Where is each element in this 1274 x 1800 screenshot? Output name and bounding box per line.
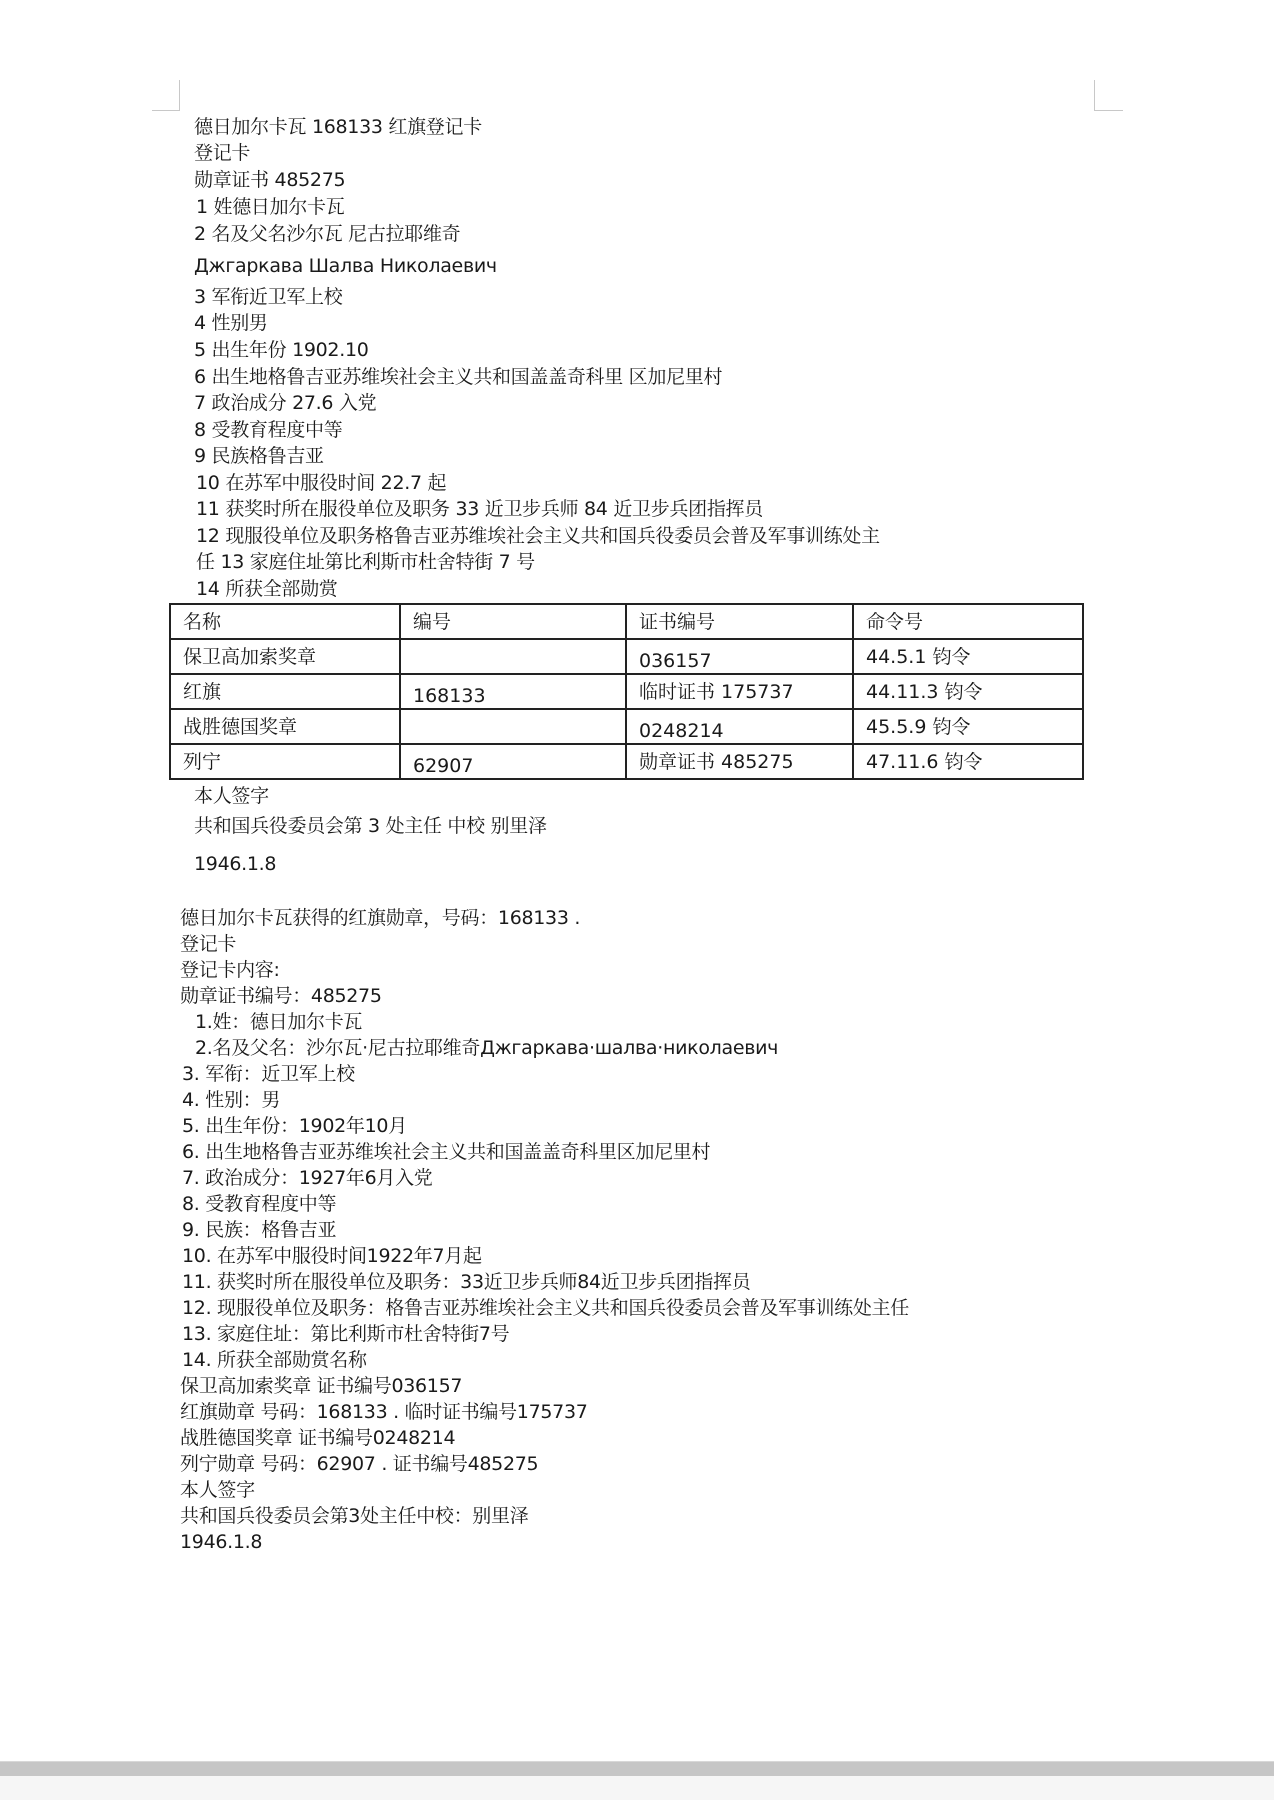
- table-cell: 勋章证书 485275: [626, 744, 853, 779]
- table-header-cell: 命令号: [853, 604, 1083, 639]
- transcript-line: 12. 现服役单位及职务：格鲁吉亚苏维埃社会主义共和国兵役委员会普及军事训练处主…: [182, 1296, 909, 1320]
- table-cell: 47.11.6 钧令: [853, 744, 1083, 779]
- page-corner-mark-top-left: [152, 80, 180, 111]
- card-field: 6 出生地格鲁吉亚苏维埃社会主义共和国盖盖奇科里 区加尼里村: [194, 365, 722, 389]
- table-cell: 44.11.3 钧令: [853, 674, 1083, 709]
- card-field: 8 受教育程度中等: [194, 418, 342, 442]
- transcript-line: 7. 政治成分：1927年6月入党: [182, 1166, 433, 1190]
- table-cell: [400, 709, 626, 744]
- card-title: 德日加尔卡瓦 168133 红旗登记卡: [194, 115, 482, 139]
- table-header-cell: 证书编号: [626, 604, 853, 639]
- transcript-line: 德日加尔卡瓦获得的红旗勋章，号码：168133 .: [180, 906, 580, 930]
- card-field: 14 所获全部勋赏: [196, 577, 338, 601]
- transcript-line: 11. 获奖时所在服役单位及职务：33近卫步兵师84近卫步兵团指挥员: [182, 1270, 750, 1294]
- card-field-russian-name: Джгаркава Шалва Николаевич: [194, 254, 497, 278]
- card-field: 9 民族格鲁吉亚: [194, 444, 324, 468]
- transcript-line: 3. 军衔：近卫军上校: [182, 1062, 355, 1086]
- transcript-line: 4. 性别：男: [182, 1088, 280, 1112]
- card-field: 10 在苏军中服役时间 22.7 起: [196, 471, 446, 495]
- table-cell: 列宁: [170, 744, 400, 779]
- transcript-line: 14. 所获全部勋赏名称: [182, 1348, 367, 1372]
- awards-table: 名称 编号 证书编号 命令号 保卫高加索奖章 036157 44.5.1 钧令 …: [169, 603, 1084, 780]
- table-row: 列宁 62907 勋章证书 485275 47.11.6 钧令: [170, 744, 1083, 779]
- table-cell: 62907: [400, 744, 626, 779]
- page-corner-mark-top-right: [1094, 80, 1123, 111]
- transcript-line: 勋章证书编号：485275: [180, 984, 382, 1008]
- table-cell: [400, 639, 626, 674]
- transcript-line: 登记卡: [180, 932, 236, 956]
- transcript-line: 1.姓：德日加尔卡瓦: [195, 1010, 362, 1034]
- transcript-line: 2.名及父名：沙尔瓦·尼古拉耶维奇Джгаркава·шалва·николае…: [195, 1036, 778, 1060]
- table-cell: 0248214: [626, 709, 853, 744]
- card-field: 2 名及父名沙尔瓦 尼古拉耶维奇: [194, 222, 460, 246]
- transcript-line: 6. 出生地格鲁吉亚苏维埃社会主义共和国盖盖奇科里区加尼里村: [182, 1140, 710, 1164]
- transcript-line: 列宁勋章 号码：62907 . 证书编号485275: [180, 1452, 538, 1476]
- card-certificate: 勋章证书 485275: [194, 168, 345, 192]
- table-header-cell: 名称: [170, 604, 400, 639]
- transcript-line: 10. 在苏军中服役时间1922年7月起: [182, 1244, 482, 1268]
- transcript-line: 5. 出生年份：1902年10月: [182, 1114, 407, 1138]
- table-header-row: 名称 编号 证书编号 命令号: [170, 604, 1083, 639]
- transcript-line: 登记卡内容:: [180, 958, 280, 982]
- table-row: 红旗 168133 临时证书 175737 44.11.3 钧令: [170, 674, 1083, 709]
- card-field: 12 现服役单位及职务格鲁吉亚苏维埃社会主义共和国兵役委员会普及军事训练处主: [196, 524, 880, 548]
- card-date: 1946.1.8: [194, 852, 276, 876]
- transcript-line: 共和国兵役委员会第3处主任中校：别里泽: [180, 1504, 528, 1528]
- table-row: 战胜德国奖章 0248214 45.5.9 钧令: [170, 709, 1083, 744]
- transcript-line: 8. 受教育程度中等: [182, 1192, 336, 1216]
- card-field: 11 获奖时所在服役单位及职务 33 近卫步兵师 84 近卫步兵团指挥员: [196, 497, 763, 521]
- card-field: 4 性别男: [194, 311, 268, 335]
- table-cell: 红旗: [170, 674, 400, 709]
- table-cell: 45.5.9 钧令: [853, 709, 1083, 744]
- table-row: 保卫高加索奖章 036157 44.5.1 钧令: [170, 639, 1083, 674]
- transcript-line: 13. 家庭住址：第比利斯市杜舍特街7号: [182, 1322, 509, 1346]
- table-header-cell: 编号: [400, 604, 626, 639]
- card-field: 5 出生年份 1902.10: [194, 338, 369, 362]
- table-cell: 168133: [400, 674, 626, 709]
- transcript-line: 战胜德国奖章 证书编号0248214: [180, 1426, 455, 1450]
- card-field: 3 军衔近卫军上校: [194, 285, 342, 309]
- transcript-line: 红旗勋章 号码：168133 . 临时证书编号175737: [180, 1400, 588, 1424]
- card-subtitle: 登记卡: [194, 141, 250, 165]
- table-cell: 临时证书 175737: [626, 674, 853, 709]
- transcript-line: 1946.1.8: [180, 1530, 262, 1554]
- page-separator-bar: [0, 1761, 1274, 1777]
- table-cell: 036157: [626, 639, 853, 674]
- table-cell: 44.5.1 钧令: [853, 639, 1083, 674]
- card-field: 7 政治成分 27.6 入党: [194, 391, 376, 415]
- card-signature-label: 本人签字: [194, 784, 269, 808]
- card-field: 任 13 家庭住址第比利斯市杜舍特街 7 号: [196, 550, 535, 574]
- table-cell: 保卫高加索奖章: [170, 639, 400, 674]
- transcript-line: 保卫高加索奖章 证书编号036157: [180, 1374, 462, 1398]
- card-signer: 共和国兵役委员会第 3 处主任 中校 别里泽: [194, 814, 547, 838]
- transcript-line: 本人签字: [180, 1478, 255, 1502]
- transcript-line: 9. 民族：格鲁吉亚: [182, 1218, 336, 1242]
- table-cell: 战胜德国奖章: [170, 709, 400, 744]
- next-page-edge: [0, 1776, 1274, 1800]
- card-field: 1 姓德日加尔卡瓦: [196, 195, 344, 219]
